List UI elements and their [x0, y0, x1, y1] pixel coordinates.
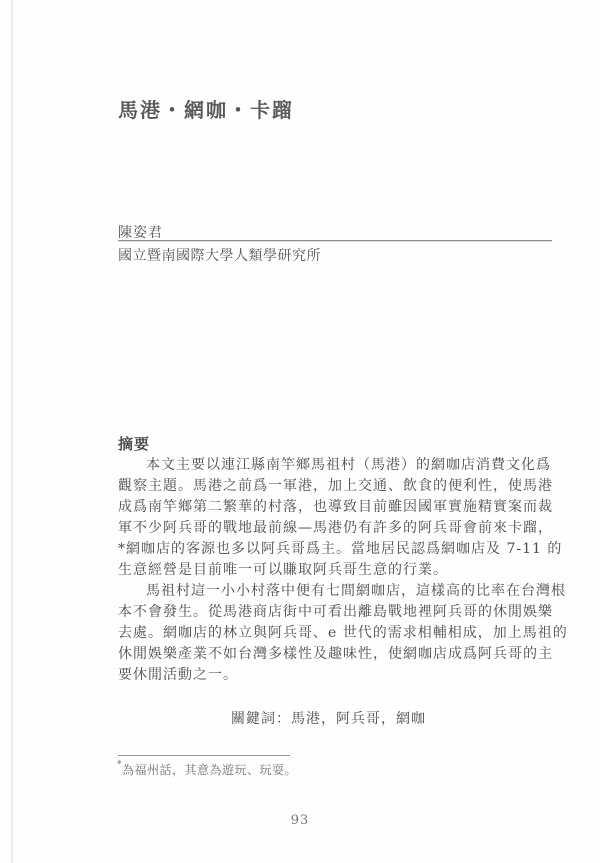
body-line: 軍不少阿兵哥的戰地最前線—馬港仍有許多的阿兵哥會前來卡蹓， — [118, 518, 548, 539]
abstract-paragraph-2: 馬祖村這一小小村落中便有七間網咖店，這樣高的比率在台灣根本不會發生。從馬港商店街… — [118, 581, 548, 686]
body-line: 觀察主題。馬港之前爲一軍港，加上交通、飲食的便利性，使馬港 — [118, 476, 548, 497]
body-line: 去處。網咖店的林立與阿兵哥、e 世代的需求相輔相成，加上馬祖的 — [118, 623, 548, 644]
author-affiliation: 國立暨南國際大學人類學研究所 — [118, 245, 321, 265]
footnote-marker: * — [117, 760, 122, 770]
body-line: 本不會發生。從馬港商店街中可看出離島戰地裡阿兵哥的休閒娛樂 — [118, 602, 548, 623]
footnote-separator-rule — [118, 755, 290, 756]
scan-edge-line — [11, 0, 13, 863]
article-title: 馬港・網咖・卡蹓 — [118, 94, 294, 123]
abstract-body: 本文主要以連江縣南竿鄉馬祖村（馬港）的網咖店消費文化爲觀察主題。馬港之前爲一軍港… — [118, 455, 548, 686]
abstract-paragraph-1: 本文主要以連江縣南竿鄉馬祖村（馬港）的網咖店消費文化爲觀察主題。馬港之前爲一軍港… — [118, 455, 548, 581]
author-name: 陳姿君 — [118, 222, 163, 242]
abstract-heading: 摘要 — [118, 433, 150, 454]
page-number: 93 — [0, 813, 600, 828]
body-line: 生意經營是目前唯一可以賺取阿兵哥生意的行業。 — [118, 560, 548, 581]
footnote-text: 為福州話，其意為遊玩、玩耍。 — [122, 763, 297, 777]
body-line: 休閒娛樂產業不如台灣多樣性及趣味性，使網咖店成爲阿兵哥的主 — [118, 644, 548, 665]
body-line: 要休閒活動之一。 — [118, 665, 548, 686]
keywords-line: 關鍵詞：馬港，阿兵哥，網咖 — [231, 708, 426, 728]
footnote: *為福州話，其意為遊玩、玩耍。 — [117, 761, 297, 778]
body-line: *網咖店的客源也多以阿兵哥爲主。當地居民認爲網咖店及 7-11 的 — [118, 539, 548, 560]
scanned-document-page: 馬港・網咖・卡蹓 陳姿君 國立暨南國際大學人類學研究所 摘要 本文主要以連江縣南… — [0, 0, 600, 863]
body-line: 成爲南竿鄉第二繁華的村落，也導致目前雖因國軍實施精實案而裁 — [118, 497, 548, 518]
body-line: 本文主要以連江縣南竿鄉馬祖村（馬港）的網咖店消費文化爲 — [118, 455, 548, 476]
author-underline-rule — [118, 240, 552, 241]
body-line: 馬祖村這一小小村落中便有七間網咖店，這樣高的比率在台灣根 — [118, 581, 548, 602]
